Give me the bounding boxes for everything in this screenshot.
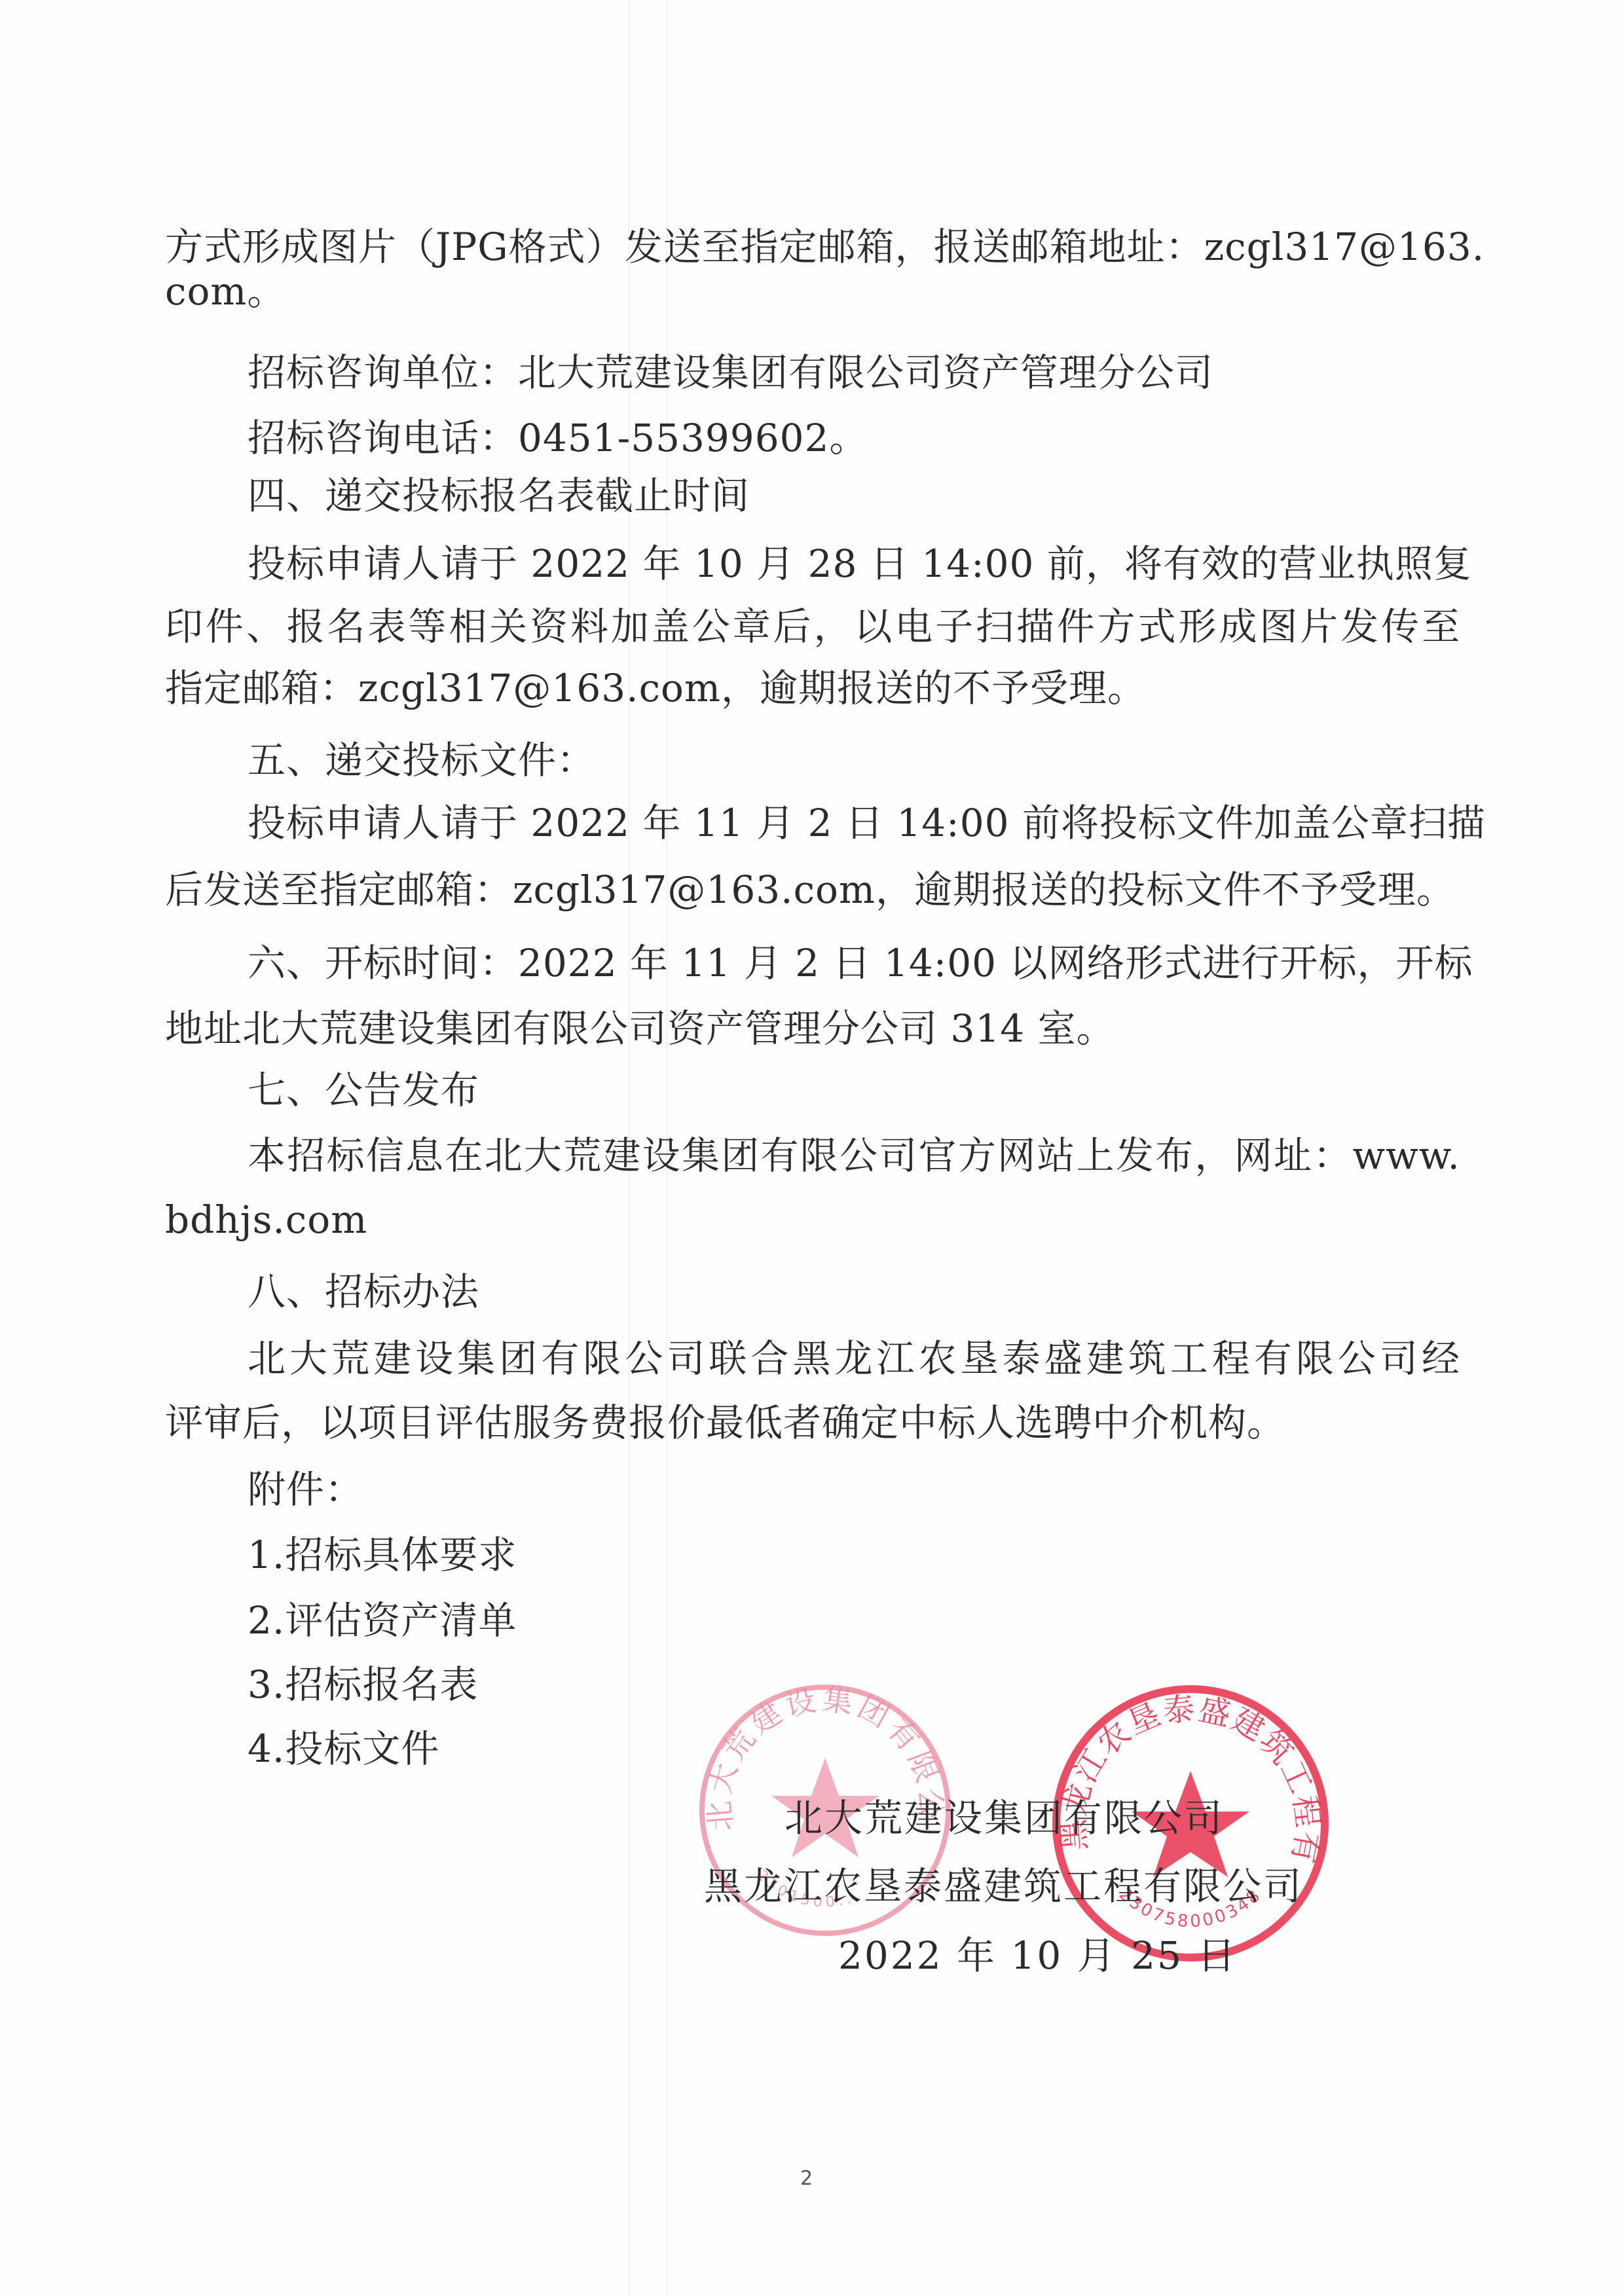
section-heading-6: 六、开标时间：2022 年 11 月 2 日 14:00 以网络形式进行开标，开… bbox=[248, 940, 1460, 986]
paragraph-line: 印件、报名表等相关资料加盖公章后，以电子扫描件方式形成图片发传至 bbox=[165, 604, 1460, 649]
paragraph-line: 指定邮箱：zcgl317@163.com，逾期报送的不予受理。 bbox=[165, 665, 1146, 711]
signatory-org-1: 北大荒建设集团有限公司 bbox=[784, 1795, 1224, 1841]
attachment-item: 2.评估资产清单 bbox=[248, 1597, 517, 1643]
paragraph-line: com。 bbox=[165, 268, 286, 314]
paragraph-line: 本招标信息在北大荒建设集团有限公司官方网站上发布，网址：www. bbox=[248, 1133, 1460, 1178]
page-number: 2 bbox=[800, 2167, 813, 2190]
paragraph-line: 方式形成图片（JPG格式）发送至指定邮箱，报送邮箱地址：zcgl317@163. bbox=[165, 224, 1460, 270]
signatory-org-2: 黑龙江农垦泰盛建筑工程有限公司 bbox=[704, 1863, 1303, 1909]
section-heading-5: 五、递交投标文件： bbox=[248, 737, 595, 783]
section-heading-4: 四、递交投标报名表截止时间 bbox=[248, 473, 750, 519]
document-page: 方式形成图片（JPG格式）发送至指定邮箱，报送邮箱地址：zcgl317@163.… bbox=[0, 0, 1624, 2296]
paragraph-line: 北大荒建设集团有限公司联合黑龙江农垦泰盛建筑工程有限公司经 bbox=[248, 1336, 1460, 1381]
section-heading-7: 七、公告发布 bbox=[248, 1067, 479, 1113]
attachment-item: 3.招标报名表 bbox=[248, 1662, 478, 1707]
attachment-item: 1.招标具体要求 bbox=[248, 1532, 517, 1578]
paragraph-line: 后发送至指定邮箱：zcgl317@163.com，逾期报送的投标文件不予受理。 bbox=[165, 867, 1455, 913]
section-heading-8: 八、招标办法 bbox=[248, 1269, 479, 1315]
attachments-label: 附件： bbox=[248, 1467, 363, 1512]
paragraph-line: 投标申请人请于 2022 年 10 月 28 日 14:00 前，将有效的营业执… bbox=[248, 541, 1460, 587]
paragraph-line: 评审后，以项目评估服务费报价最低者确定中标人选聘中介机构。 bbox=[165, 1400, 1285, 1446]
consult-unit: 招标咨询单位：北大荒建设集团有限公司资产管理分公司 bbox=[248, 350, 1213, 395]
paragraph-line: 投标申请人请于 2022 年 11 月 2 日 14:00 前将投标文件加盖公章… bbox=[248, 800, 1460, 846]
signature-date: 2022 年 10 月 25 日 bbox=[838, 1933, 1237, 1978]
paragraph-line: 地址北大荒建设集团有限公司资产管理分公司 314 室。 bbox=[165, 1006, 1115, 1051]
website-url: bdhjs.com bbox=[165, 1197, 367, 1243]
attachment-item: 4.投标文件 bbox=[248, 1726, 439, 1772]
consult-phone: 招标咨询电话：0451-55399602。 bbox=[248, 415, 868, 461]
